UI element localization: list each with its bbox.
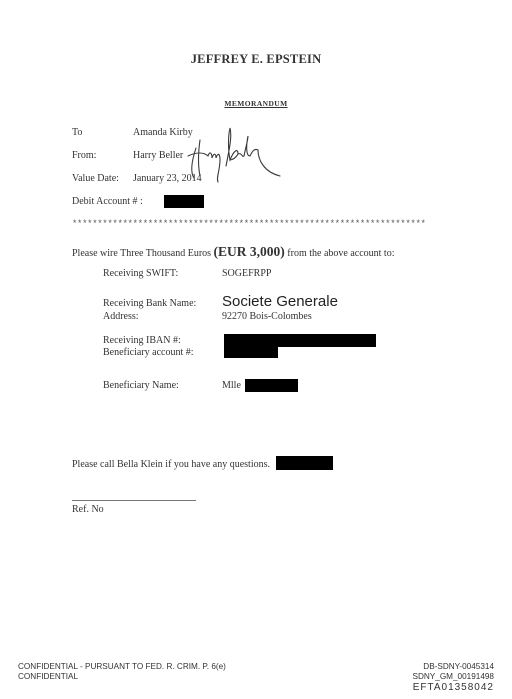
asterisk-separator: ****************************************… (72, 219, 436, 229)
from-value: Harry Beller (133, 150, 183, 161)
beneficiary-name-redaction (245, 379, 298, 392)
from-label: From: (72, 150, 96, 161)
footer-confidential-line1: CONFIDENTIAL - PURSUANT TO FED. R. CRIM.… (18, 662, 226, 672)
iban-label: Receiving IBAN #: (103, 335, 181, 346)
address-value: 92270 Bois-Colombes (222, 311, 312, 322)
contact-line: Please call Bella Klein if you have any … (72, 459, 270, 470)
beneficiary-account-redaction (224, 346, 278, 358)
signature-icon (186, 126, 282, 184)
footer-confidential-line2: CONFIDENTIAL (18, 672, 226, 682)
footer-bates-numbers: DB-SDNY-0045314 SDNY_GM_00191498 EFTA013… (413, 662, 494, 694)
bates-db-sdny: DB-SDNY-0045314 (413, 662, 494, 672)
wire-suffix: from the above account to: (287, 248, 394, 259)
wire-amount: (EUR 3,000) (214, 244, 285, 259)
beneficiary-name-label: Beneficiary Name: (103, 380, 179, 391)
wire-prefix: Please wire Three Thousand Euros (72, 248, 211, 259)
to-value: Amanda Kirby (133, 127, 193, 138)
bates-efta: EFTA01358042 (413, 682, 494, 694)
address-label: Address: (103, 311, 139, 322)
contact-phone-redaction (276, 456, 333, 470)
debit-account-redaction (164, 195, 204, 208)
wire-instruction: Please wire Three Thousand Euros (EUR 3,… (72, 244, 394, 260)
reference-label: Ref. No (72, 504, 104, 515)
debit-account-label: Debit Account # : (72, 196, 143, 207)
beneficiary-name-prefix: Mlle (222, 380, 241, 391)
bank-name-value: Societe Generale (222, 293, 338, 310)
to-label: To (72, 127, 82, 138)
reference-line (72, 500, 196, 501)
letterhead-name: JEFFREY E. EPSTEIN (0, 52, 512, 67)
swift-label: Receiving SWIFT: (103, 268, 178, 279)
bates-sdny-gm: SDNY_GM_00191498 (413, 672, 494, 682)
swift-value: SOGEFRPP (222, 268, 271, 279)
memo-title: MEMORANDUM (0, 99, 512, 108)
beneficiary-account-label: Beneficiary account #: (103, 347, 194, 358)
value-date-label: Value Date: (72, 173, 119, 184)
footer-confidential: CONFIDENTIAL - PURSUANT TO FED. R. CRIM.… (18, 662, 226, 682)
bank-name-label: Receiving Bank Name: (103, 298, 196, 309)
